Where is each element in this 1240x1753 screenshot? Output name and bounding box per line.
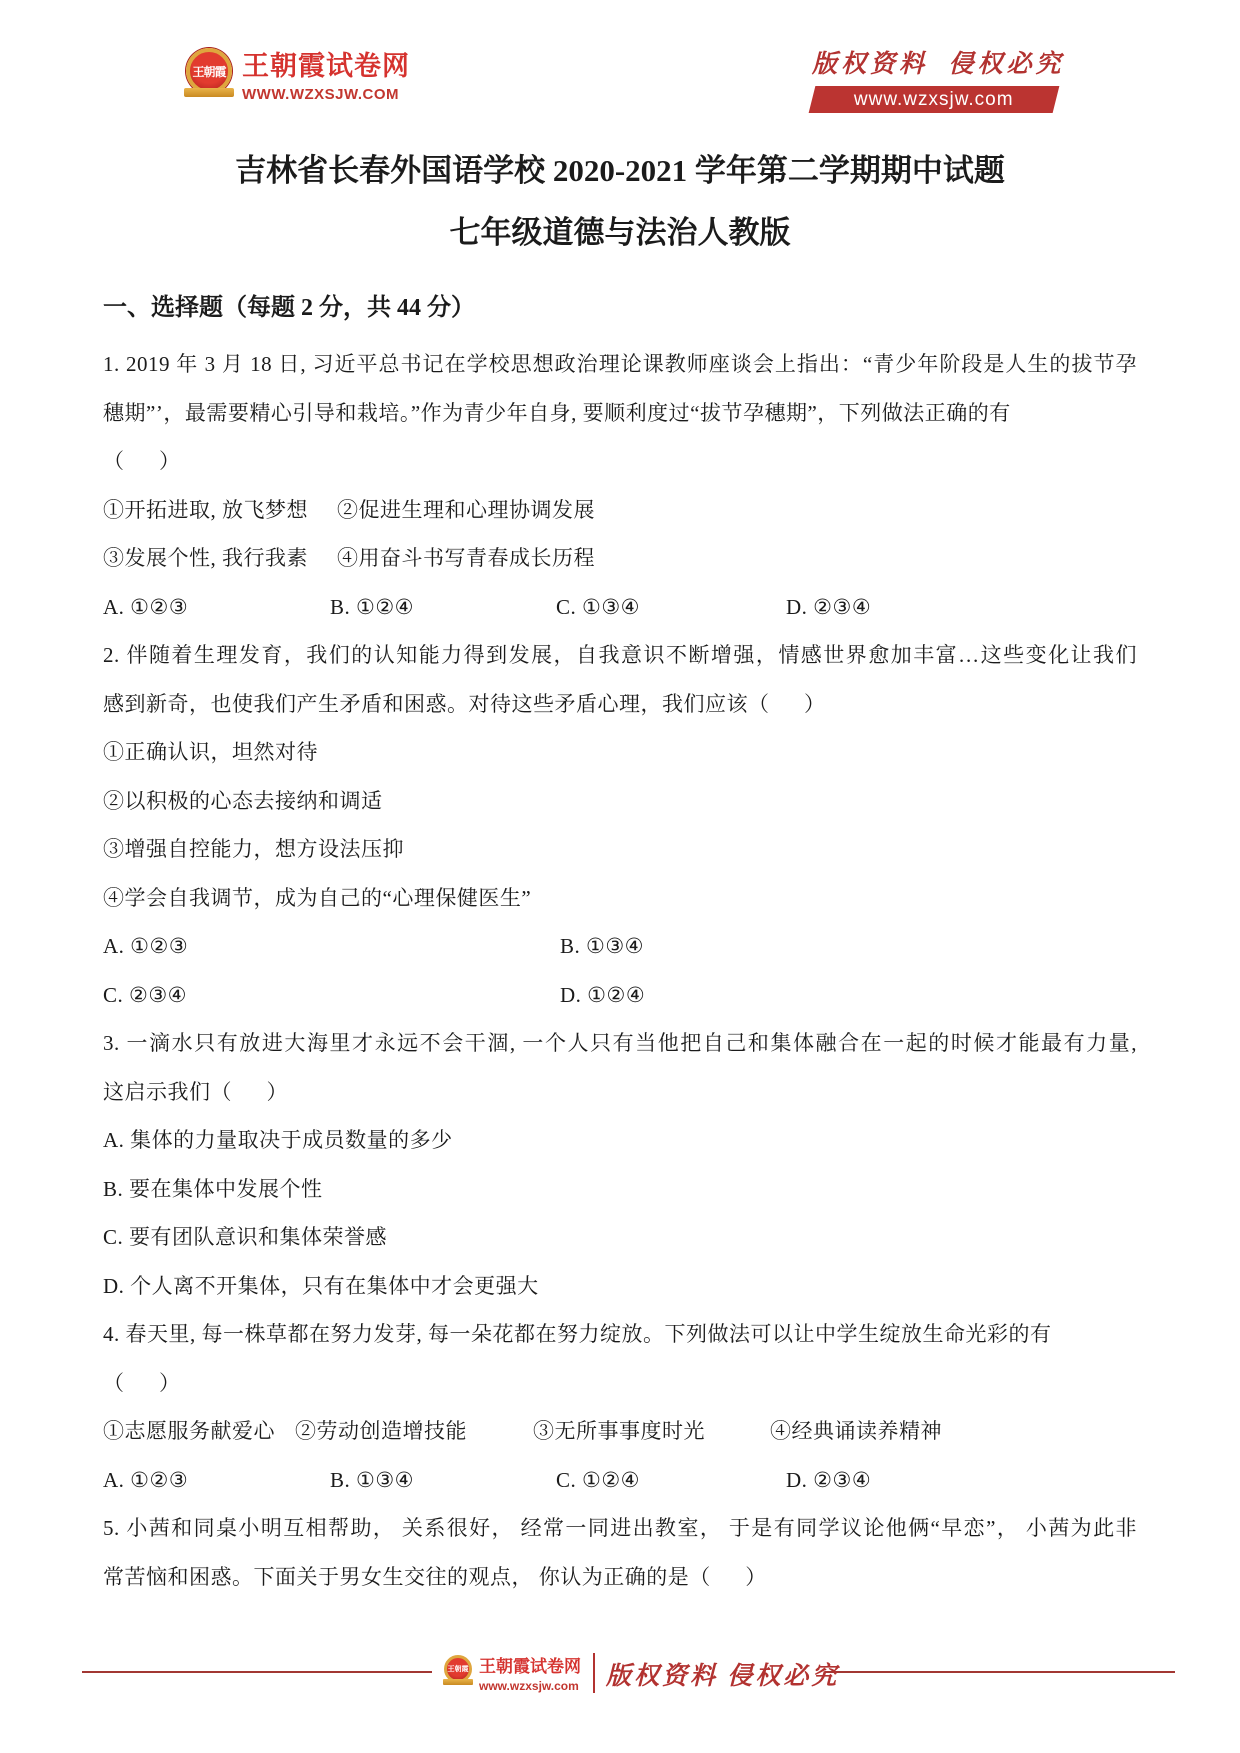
q3-option-c: C. 要有团队意识和集体荣誉感 <box>103 1213 1137 1262</box>
question-area: 1. 2019 年 3 月 18 日, 习近平总书记在学校思想政治理论课教师座谈… <box>103 340 1137 1601</box>
q1-stem-line-2: 穗期”’，最需要精心引导和栽培。”作为青少年自身, 要顺利度过“拔节孕穗期”，下… <box>103 389 1137 438</box>
exam-paper-page: 王朝霞 王朝霞试卷网 WWW.WZXSJW.COM 版权资料 侵权必究 www.… <box>0 0 1240 1753</box>
q3-option-d: D. 个人离不开集体，只有在集体中才会更强大 <box>103 1262 1137 1311</box>
q2-item-3: ③增强自控能力，想方设法压抑 <box>103 825 1137 874</box>
footer-badge-label: 王朝霞 <box>448 1664 469 1674</box>
q3-stem-line-2: 这启示我们（ ） <box>103 1068 1137 1117</box>
q4-option-a: A. ①②③ <box>103 1456 330 1505</box>
section-heading: 一、选择题（每题 2 分，共 44 分） <box>103 286 475 330</box>
q2-stem-line-2: 感到新奇，也使我们产生矛盾和困惑。对待这些矛盾心理，我们应该（ ） <box>103 680 1137 729</box>
q5-stem-line-1: 5. 小茜和同桌小明互相帮助， 关系很好， 经常一同进出教室， 于是有同学议论他… <box>103 1504 1137 1553</box>
footer-site-url: www.wzxsjw.com <box>479 1679 581 1693</box>
q2-options-row-1: A. ①②③ B. ①③④ <box>103 922 1137 971</box>
q1-items-row-1: ①开拓进取, 放飞梦想 ②促进生理和心理协调发展 <box>103 486 1137 535</box>
q2-option-c: C. ②③④ <box>103 971 560 1020</box>
q2-item-1: ①正确认识，坦然对待 <box>103 728 1137 777</box>
site-logo: 王朝霞 王朝霞试卷网 WWW.WZXSJW.COM <box>186 44 410 103</box>
q1-options-row: A. ①②③ B. ①②④ C. ①③④ D. ②③④ <box>103 583 1137 632</box>
q2-item-4: ④学会自我调节，成为自己的“心理保健医生” <box>103 874 1137 923</box>
q1-item-3: ③发展个性, 我行我素 <box>103 534 337 583</box>
q1-stem-line-1: 1. 2019 年 3 月 18 日, 习近平总书记在学校思想政治理论课教师座谈… <box>103 340 1137 389</box>
q2-stem-line-1: 2. 伴随着生理发育，我们的认知能力得到发展，自我意识不断增强，情感世界愈加丰富… <box>103 631 1137 680</box>
footer-logo-text: 王朝霞试卷网 www.wzxsjw.com <box>479 1652 581 1693</box>
q4-option-c: C. ①②④ <box>556 1456 786 1505</box>
footer-badge-ribbon <box>443 1679 473 1685</box>
q1-option-d: D. ②③④ <box>786 583 871 632</box>
url-banner: www.wzxsjw.com <box>809 86 1060 113</box>
footer-site-name: 王朝霞试卷网 <box>479 1652 581 1677</box>
q2-option-d: D. ①②④ <box>560 971 645 1020</box>
brand-badge-ribbon <box>184 88 234 97</box>
q1-item-2: ②促进生理和心理协调发展 <box>337 486 595 535</box>
q4-item-1: ①志愿服务献爱心 <box>103 1407 295 1456</box>
q5-stem-line-2: 常苦恼和困惑。下面关于男女生交往的观点， 你认为正确的是（ ） <box>103 1553 1137 1602</box>
page-footer: 王朝霞 王朝霞试卷网 www.wzxsjw.com 版权资料 侵权必究 <box>0 1648 1240 1708</box>
q3-stem-line-1: 3. 一滴水只有放进大海里才永远不会干涸, 一个人只有当他把自己和集体融合在一起… <box>103 1019 1137 1068</box>
q4-stem-line-1: 4. 春天里, 每一株草都在努力发芽, 每一朵花都在努力绽放。下列做法可以让中学… <box>103 1310 1137 1359</box>
footer-slogan: 版权资料 侵权必究 <box>606 1656 839 1692</box>
q2-option-a: A. ①②③ <box>103 922 560 971</box>
q4-answer-paren: （ ） <box>103 1359 1137 1408</box>
footer-rule-left <box>82 1671 432 1673</box>
q4-item-3: ③无所事事度时光 <box>533 1407 770 1456</box>
q4-option-d: D. ②③④ <box>786 1456 871 1505</box>
q4-item-4: ④经典诵读养精神 <box>770 1407 942 1456</box>
url-banner-text: www.wzxsjw.com <box>854 89 1014 111</box>
q4-option-b: B. ①③④ <box>330 1456 556 1505</box>
site-url: WWW.WZXSJW.COM <box>242 86 410 103</box>
q1-item-4: ④用奋斗书写青春成长历程 <box>337 534 595 583</box>
q1-option-a: A. ①②③ <box>103 583 330 632</box>
q1-items-row-2: ③发展个性, 我行我素 ④用奋斗书写青春成长历程 <box>103 534 1137 583</box>
footer-divider <box>593 1653 595 1693</box>
exam-subtitle: 七年级道德与法治人教版 <box>0 212 1240 254</box>
copyright-slogan: 版权资料 侵权必究 <box>812 44 1056 80</box>
q4-item-2: ②劳动创造增技能 <box>295 1407 533 1456</box>
q2-option-b: B. ①③④ <box>560 922 644 971</box>
footer-badge-icon: 王朝霞 <box>444 1655 472 1683</box>
q4-options-row: A. ①②③ B. ①③④ C. ①②④ D. ②③④ <box>103 1456 1137 1505</box>
q1-option-c: C. ①③④ <box>556 583 786 632</box>
q2-options-row-2: C. ②③④ D. ①②④ <box>103 971 1137 1020</box>
q1-answer-paren: （ ） <box>103 437 1137 486</box>
q1-item-1: ①开拓进取, 放飞梦想 <box>103 486 337 535</box>
footer-rule-right <box>825 1671 1175 1673</box>
q4-items-row: ①志愿服务献爱心 ②劳动创造增技能 ③无所事事度时光 ④经典诵读养精神 <box>103 1407 1137 1456</box>
exam-title: 吉林省长春外国语学校 2020-2021 学年第二学期期中试题 <box>0 150 1240 192</box>
brand-badge-icon: 王朝霞 <box>186 48 232 94</box>
footer-logo: 王朝霞 王朝霞试卷网 www.wzxsjw.com <box>444 1652 581 1693</box>
q3-option-a: A. 集体的力量取决于成员数量的多少 <box>103 1116 1137 1165</box>
q1-option-b: B. ①②④ <box>330 583 556 632</box>
site-logo-text: 王朝霞试卷网 WWW.WZXSJW.COM <box>242 44 410 103</box>
copyright-block: 版权资料 侵权必究 www.wzxsjw.com <box>812 44 1056 113</box>
q3-option-b: B. 要在集体中发展个性 <box>103 1165 1137 1214</box>
q2-item-2: ②以积极的心态去接纳和调适 <box>103 777 1137 826</box>
site-name: 王朝霞试卷网 <box>242 44 410 83</box>
brand-badge-label: 王朝霞 <box>192 63 225 80</box>
